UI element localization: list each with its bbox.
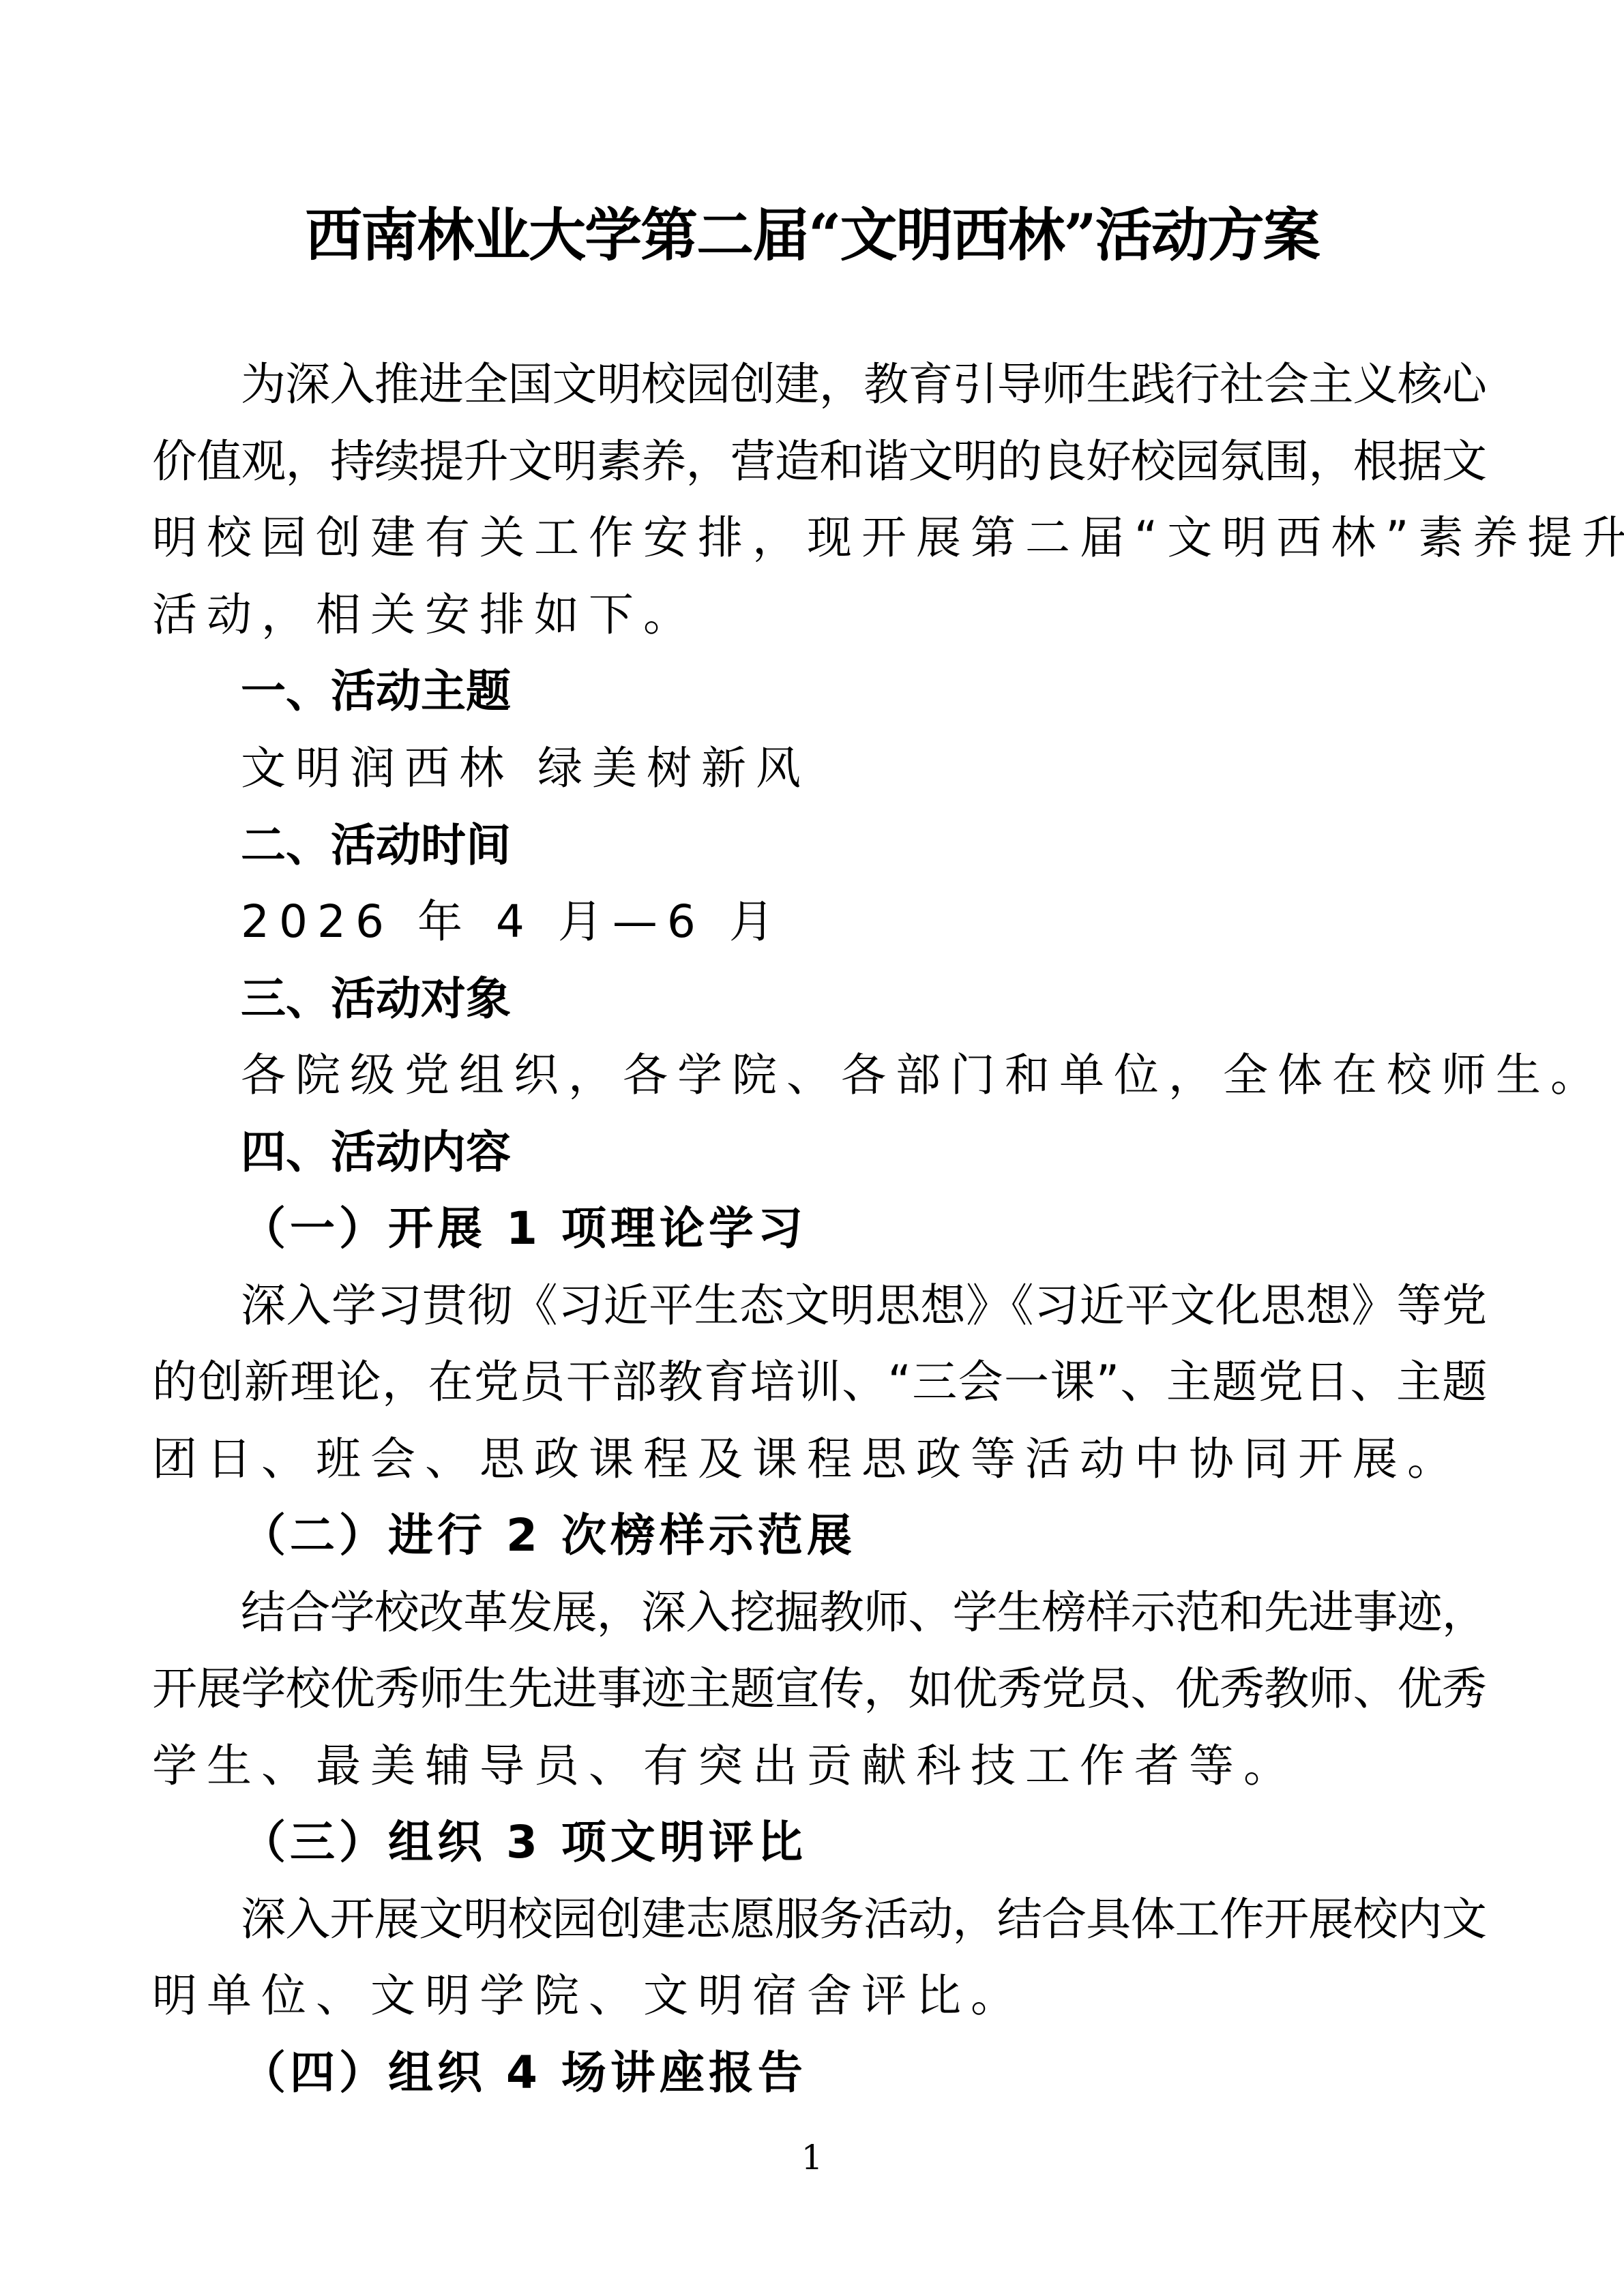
subsection-1-line-3: 团日、班会、思政课程及课程思政等活动中协同开展。 <box>152 1421 1462 1497</box>
section-3-body: 各院级党组织，各学院、各部门和单位，全体在校师生。 <box>241 1037 1605 1114</box>
subsection-1-line-1: 深入学习贯彻《习近平生态文明思想》《习近平文化思想》等党 <box>241 1268 1487 1344</box>
subsection-4-heading: （四）组织 4 场讲座报告 <box>241 2035 807 2111</box>
section-1-heading: 一、活动主题 <box>241 653 511 730</box>
subsection-2-heading: （二）进行 2 次榜样示范展 <box>241 1497 856 1574</box>
section-4-heading: 四、活动内容 <box>241 1114 511 1191</box>
subsection-3-line-1: 深入开展文明校园创建志愿服务活动，结合具体工作开展校内文 <box>241 1881 1486 1958</box>
intro-line-2: 价值观，持续提升文明素养，营造和谐文明的良好校园氛围，根据文 <box>152 423 1486 500</box>
subsection-1-heading: （一）开展 1 项理论学习 <box>241 1191 807 1267</box>
subsection-2-line-1: 结合学校改革发展，深入挖掘教师、学生榜样示范和先进事迹， <box>241 1575 1486 1651</box>
page-number: 1 <box>0 2138 1624 2177</box>
intro-line-4: 活动，相关安排如下。 <box>152 577 698 653</box>
subsection-1-line-2: 的创新理论，在党员干部教育培训、“三会一课”、主题党日、主题 <box>152 1344 1488 1420</box>
subsection-2-line-3: 学生、最美辅导员、有突出贡献科技工作者等。 <box>152 1728 1298 1804</box>
section-3-heading: 三、活动对象 <box>241 961 511 1037</box>
section-2-body: 2026 年 4 月—6 月 <box>241 884 784 960</box>
subsection-3-heading: （三）组织 3 项文明评比 <box>241 1804 807 1881</box>
subsection-2-line-2: 开展学校优秀师生先进事迹主题宣传，如优秀党员、优秀教师、优秀 <box>152 1651 1486 1727</box>
subsection-3-line-2: 明单位、文明学院、文明宿舍评比。 <box>152 1958 1025 2034</box>
section-1-body: 文明润西林 绿美树新风 <box>241 730 810 807</box>
intro-line-1: 为深入推进全国文明校园创建，教育引导师生践行社会主义核心 <box>241 346 1486 423</box>
document-title: 西南林业大学第二届“文明西林”活动方案 <box>0 198 1624 273</box>
section-2-heading: 二、活动时间 <box>241 807 511 884</box>
intro-line-3: 明校园创建有关工作安排，现开展第二届“文明西林”素养提升系列 <box>152 500 1624 576</box>
